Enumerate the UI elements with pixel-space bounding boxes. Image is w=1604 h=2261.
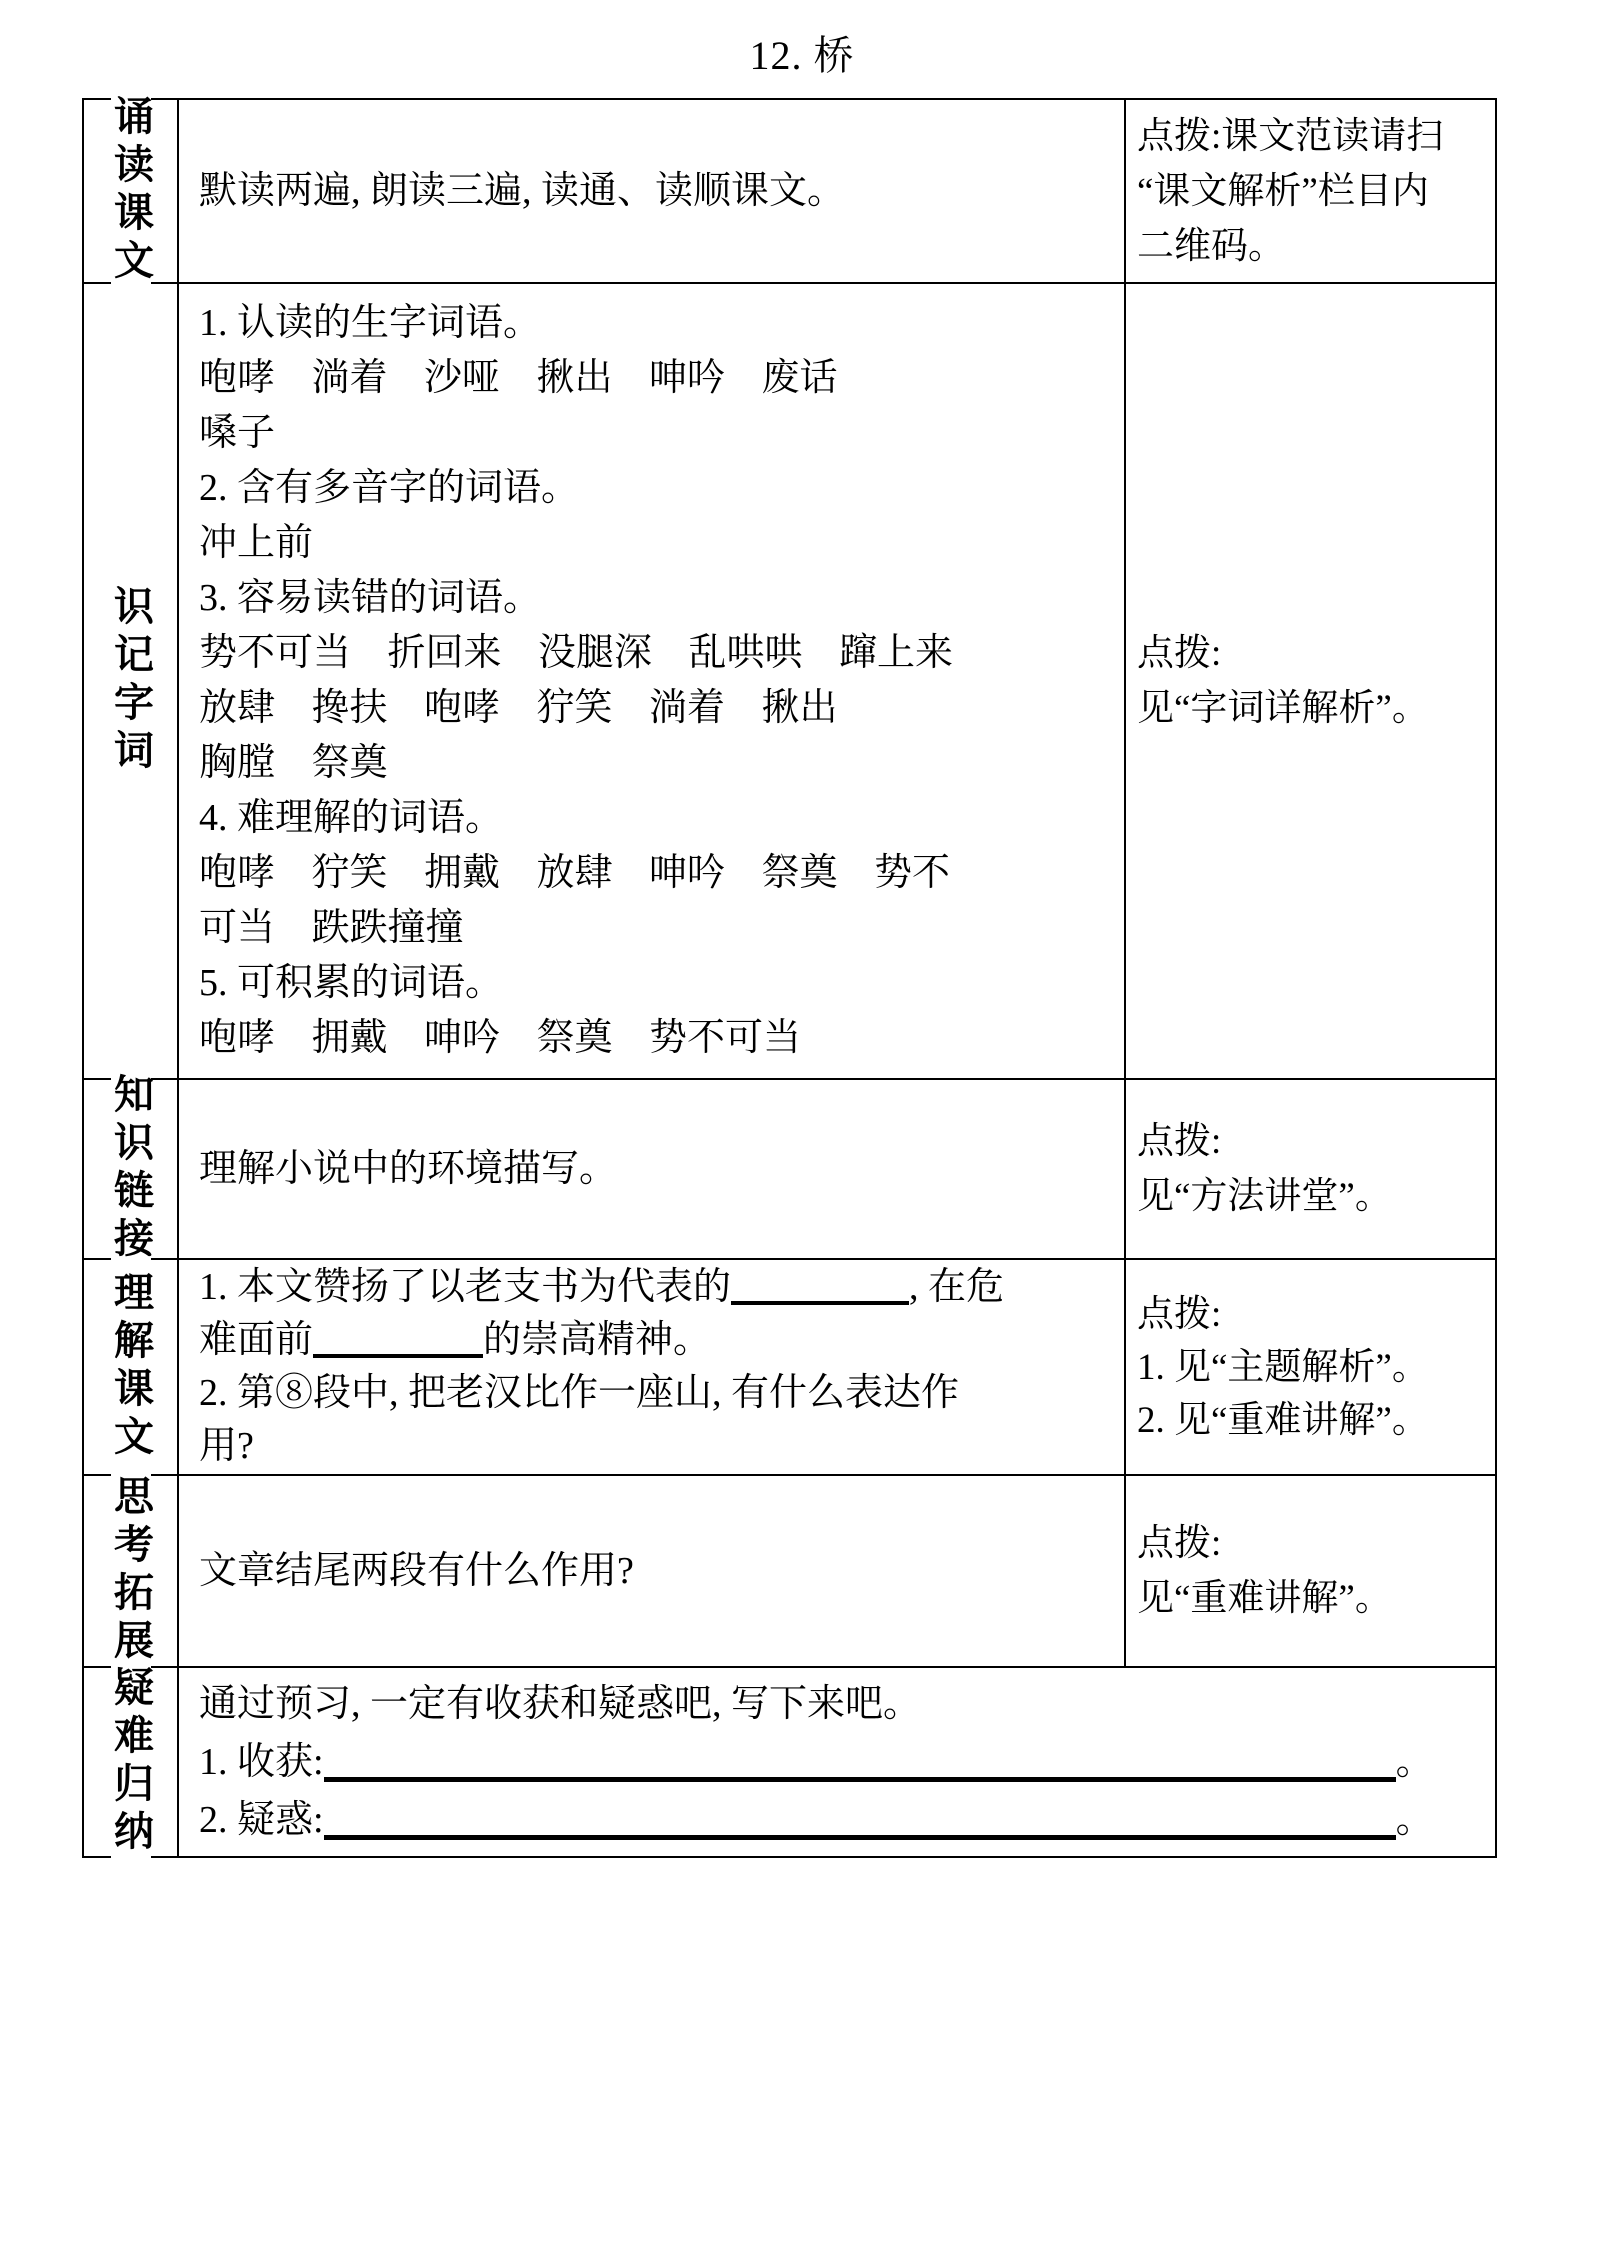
row-comprehension-tip: 点拨: 1. 见“主题解析”。 2. 见“重难讲解”。 — [1124, 1260, 1495, 1474]
tip-line: 点拨:课文范读请扫 — [1137, 109, 1491, 164]
word-list-line: 放肆 搀扶 咆哮 狞笑 淌着 揪出 — [199, 681, 1114, 736]
answer-suffix: 。 — [1396, 1741, 1434, 1783]
tip-line: 二维码。 — [1137, 219, 1491, 274]
question-line: 2. 第⑧段中, 把老汉比作一座山, 有什么表达作 — [199, 1367, 1114, 1420]
tip-line: 见“字词详解析”。 — [1137, 681, 1491, 736]
answer-label: 2. 疑惑: — [199, 1799, 324, 1841]
row-comprehension-content: 1. 本文赞扬了以老支书为代表的, 在危 难面前的崇高精神。 2. 第⑧段中, … — [177, 1260, 1124, 1474]
side-label-questions-summary: 疑难归纳 — [111, 1661, 151, 1863]
tip-line: “课文解析”栏目内 — [1137, 164, 1491, 219]
question-text: , 在危 — [909, 1266, 1004, 1308]
content-line: 5. 可积累的词语。 — [199, 956, 1114, 1011]
question-line: 1. 本文赞扬了以老支书为代表的, 在危 — [199, 1261, 1114, 1314]
row-knowledge-link-side: 知识链接 — [84, 1080, 177, 1258]
content-line: 4. 难理解的词语。 — [199, 791, 1114, 846]
question-line: 用? — [199, 1420, 1114, 1473]
content-line: 默读两遍, 朗读三遍, 读通、读顺课文。 — [199, 164, 1114, 219]
word-list-line: 咆哮 淌着 沙哑 揪出 呻吟 废话 — [199, 351, 1114, 406]
answer-blank-line — [324, 1773, 1396, 1782]
answer-label: 1. 收获: — [199, 1741, 324, 1783]
side-label-comprehension: 理解课文 — [111, 1266, 151, 1468]
row-word-study-side: 识记字词 — [84, 284, 177, 1078]
word-list-line: 咆哮 拥戴 呻吟 祭奠 势不可当 — [199, 1011, 1114, 1066]
question-text: 的崇高精神。 — [483, 1319, 711, 1361]
tip-line: 见“重难讲解”。 — [1137, 1571, 1491, 1626]
word-list-line: 胸膛 祭奠 — [199, 736, 1114, 791]
side-label-think-expand: 思考拓展 — [111, 1470, 151, 1672]
row-word-study-content: 1. 认读的生字词语。 咆哮 淌着 沙哑 揪出 呻吟 废话 嗓子 2. 含有多音… — [177, 284, 1124, 1078]
row-questions-summary-content: 通过预习, 一定有收获和疑惑吧, 写下来吧。 1. 收获:。 2. 疑惑:。 — [177, 1668, 1495, 1856]
row-word-study: 识记字词 1. 认读的生字词语。 咆哮 淌着 沙哑 揪出 呻吟 废话 嗓子 2.… — [84, 282, 1495, 1078]
row-knowledge-link-content: 理解小说中的环境描写。 — [177, 1080, 1124, 1258]
side-label-read-aloud: 诵读课文 — [111, 90, 151, 292]
tip-line: 1. 见“主题解析”。 — [1137, 1341, 1491, 1394]
lesson-title: 12. 桥 — [0, 24, 1604, 81]
row-comprehension-side: 理解课文 — [84, 1260, 177, 1474]
word-list-line: 嗓子 — [199, 406, 1114, 461]
answer-line: 1. 收获:。 — [199, 1733, 1481, 1791]
question-text: 2. 第⑧段中, 把老汉比作一座山, 有什么表达作 — [199, 1372, 959, 1414]
word-list-line: 冲上前 — [199, 516, 1114, 571]
word-list-line: 咆哮 狞笑 拥戴 放肆 呻吟 祭奠 势不 — [199, 846, 1114, 901]
row-word-study-tip: 点拨: 见“字词详解析”。 — [1124, 284, 1495, 1078]
tip-line: 点拨: — [1137, 1288, 1491, 1341]
answer-blank — [313, 1350, 483, 1358]
side-label-word-study: 识记字词 — [111, 580, 151, 782]
tip-line: 点拨: — [1137, 1516, 1491, 1571]
content-line: 通过预习, 一定有收获和疑惑吧, 写下来吧。 — [199, 1675, 1481, 1733]
row-read-aloud-side: 诵读课文 — [84, 100, 177, 282]
row-think-expand-side: 思考拓展 — [84, 1476, 177, 1666]
answer-blank-line — [324, 1831, 1396, 1840]
tip-line: 2. 见“重难讲解”。 — [1137, 1394, 1491, 1447]
content-line: 3. 容易读错的词语。 — [199, 571, 1114, 626]
word-list-line: 势不可当 折回来 没腿深 乱哄哄 蹿上来 — [199, 626, 1114, 681]
content-line: 文章结尾两段有什么作用? — [199, 1544, 1114, 1599]
tip-line: 点拨: — [1137, 626, 1491, 681]
row-read-aloud-content: 默读两遍, 朗读三遍, 读通、读顺课文。 — [177, 100, 1124, 282]
row-comprehension: 理解课文 1. 本文赞扬了以老支书为代表的, 在危 难面前的崇高精神。 2. 第… — [84, 1258, 1495, 1474]
answer-blank — [731, 1297, 909, 1305]
row-read-aloud-tip: 点拨:课文范读请扫 “课文解析”栏目内 二维码。 — [1124, 100, 1495, 282]
row-knowledge-link: 知识链接 理解小说中的环境描写。 点拨: 见“方法讲堂”。 — [84, 1078, 1495, 1258]
answer-suffix: 。 — [1396, 1799, 1434, 1841]
word-list-line: 可当 跌跌撞撞 — [199, 901, 1114, 956]
row-questions-summary-side: 疑难归纳 — [84, 1668, 177, 1856]
content-line: 理解小说中的环境描写。 — [199, 1142, 1114, 1197]
row-questions-summary: 疑难归纳 通过预习, 一定有收获和疑惑吧, 写下来吧。 1. 收获:。 2. 疑… — [84, 1666, 1495, 1856]
row-read-aloud: 诵读课文 默读两遍, 朗读三遍, 读通、读顺课文。 点拨:课文范读请扫 “课文解… — [84, 100, 1495, 282]
content-line: 1. 认读的生字词语。 — [199, 296, 1114, 351]
row-knowledge-link-tip: 点拨: 见“方法讲堂”。 — [1124, 1080, 1495, 1258]
row-think-expand: 思考拓展 文章结尾两段有什么作用? 点拨: 见“重难讲解”。 — [84, 1474, 1495, 1666]
question-text: 用? — [199, 1425, 254, 1467]
question-text: 1. 本文赞扬了以老支书为代表的 — [199, 1266, 731, 1308]
content-line: 2. 含有多音字的词语。 — [199, 461, 1114, 516]
row-think-expand-content: 文章结尾两段有什么作用? — [177, 1476, 1124, 1666]
side-label-knowledge-link: 知识链接 — [111, 1068, 151, 1270]
study-table: 诵读课文 默读两遍, 朗读三遍, 读通、读顺课文。 点拨:课文范读请扫 “课文解… — [82, 98, 1497, 1858]
question-line: 难面前的崇高精神。 — [199, 1314, 1114, 1367]
worksheet-page: 12. 桥 诵读课文 默读两遍, 朗读三遍, 读通、读顺课文。 点拨:课文范读请… — [0, 0, 1604, 2261]
answer-line: 2. 疑惑:。 — [199, 1791, 1481, 1849]
tip-line: 见“方法讲堂”。 — [1137, 1169, 1491, 1224]
question-text: 难面前 — [199, 1319, 313, 1361]
row-think-expand-tip: 点拨: 见“重难讲解”。 — [1124, 1476, 1495, 1666]
tip-line: 点拨: — [1137, 1114, 1491, 1169]
